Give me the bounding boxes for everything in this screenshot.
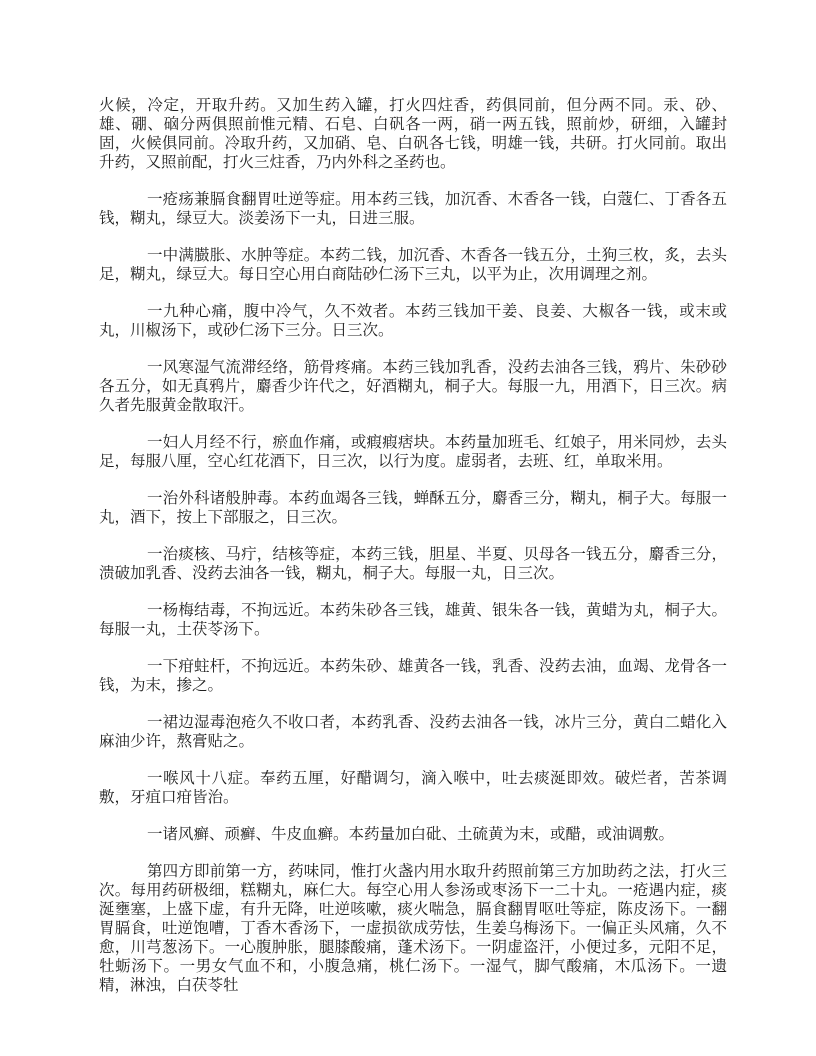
paragraph: 一下疳蛀杆，不拘远近。本药朱砂、雄黄各一钱，乳香、没药去油，血竭、龙骨各一钱，为…	[99, 657, 727, 695]
paragraph: 第四方即前第一方，药味同，惟打火盏内用水取升药照前第三方加助药之法，打火三次。每…	[99, 862, 727, 995]
paragraph: 火候，冷定，开取升药。又加生药入罐，打火四炷香，药俱同前，但分两不同。汞、砂、雄…	[99, 96, 727, 172]
paragraph: 一风寒湿气流滞经络，筋骨疼痛。本药三钱加乳香，没药去油各三钱，鸦片、朱砂砂各五分…	[99, 358, 727, 415]
paragraph: 一九种心痛，腹中冷气，久不效者。本药三钱加干姜、良姜、大椒各一钱，或末或丸，川椒…	[99, 302, 727, 340]
document-page: 火候，冷定，开取升药。又加生药入罐，打火四炷香，药俱同前，但分两不同。汞、砂、雄…	[0, 0, 816, 1056]
paragraph: 一治痰核、马疔，结核等症，本药三钱，胆星、半夏、贝母各一钱五分，麝香三分，溃破加…	[99, 545, 727, 583]
paragraph: 一杨梅结毒，不拘远近。本药朱砂各三钱，雄黄、银朱各一钱，黄蜡为丸，桐子大。每服一…	[99, 601, 727, 639]
paragraph: 一中满臌胀、水肿等症。本药二钱，加沉香、木香各一钱五分，土狗三枚，炙，去头足，糊…	[99, 246, 727, 284]
paragraph: 一妇人月经不行，瘀血作痛，或瘕瘕痞块。本药量加班毛、红娘子，用米同炒，去头足，每…	[99, 433, 727, 471]
paragraph: 一疮疡兼膈食翻胃吐逆等症。用本药三钱，加沉香、木香各一钱，白蔻仁、丁香各五钱，糊…	[99, 190, 727, 228]
paragraph: 一喉风十八症。奉药五厘，好醋调匀，滴入喉中，吐去痰涎即效。破烂者，苦茶调敷，牙疽…	[99, 769, 727, 807]
paragraph: 一治外科诸般肿毒。本药血竭各三钱，蝉酥五分，麝香三分，糊丸，桐子大。每服一丸，酒…	[99, 489, 727, 527]
paragraph: 一裙边湿毒泡疮久不收口者，本药乳香、没药去油各一钱，冰片三分，黄白二蜡化入麻油少…	[99, 713, 727, 751]
paragraph-list: 火候，冷定，开取升药。又加生药入罐，打火四炷香，药俱同前，但分两不同。汞、砂、雄…	[99, 96, 727, 995]
paragraph: 一诸风癣、顽癣、牛皮血癣。本药量加白砒、土硫黄为末，或醋，或油调敷。	[99, 825, 727, 844]
